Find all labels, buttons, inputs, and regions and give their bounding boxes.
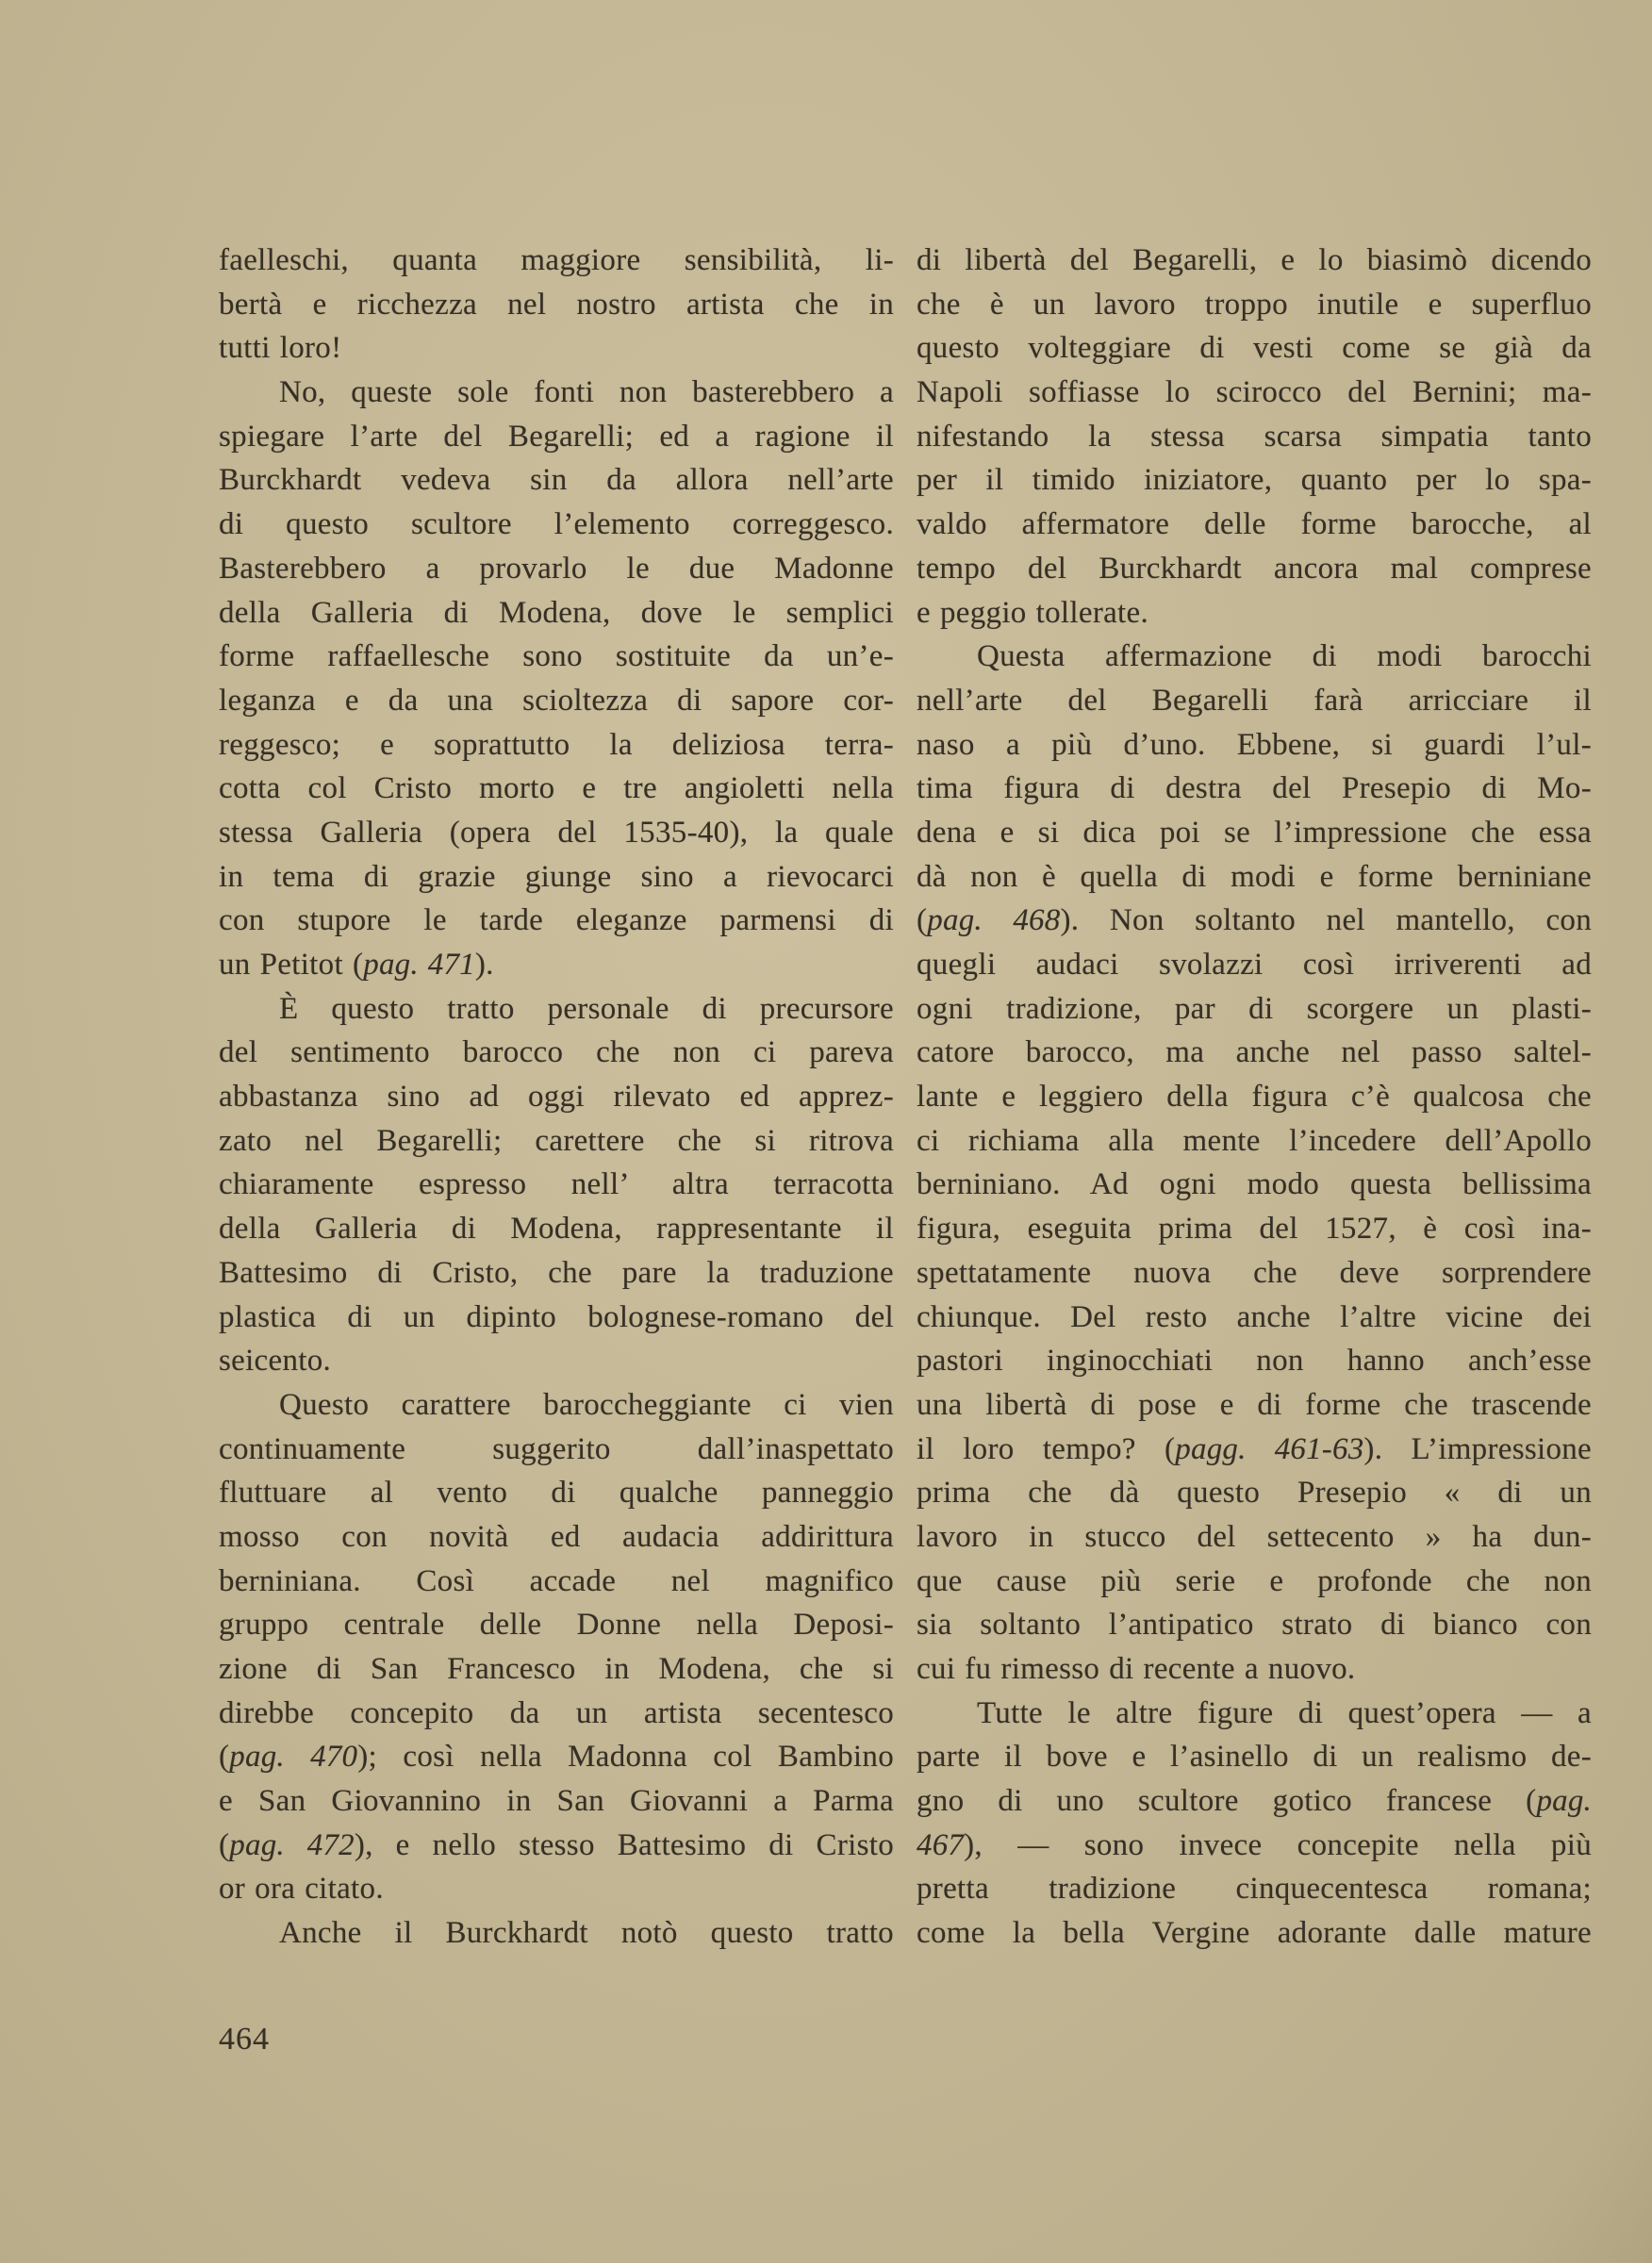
text-line: lante e leggiero della figura c’è qualco…	[917, 1075, 1592, 1119]
text-line: Questo carattere baroccheggiante ci vien	[219, 1383, 894, 1428]
text-line: forme raffaellesche sono sostituite da u…	[219, 635, 894, 679]
text-line: ogni tradizione, par di scorgere un plas…	[917, 987, 1592, 1032]
text-line: naso a più d’uno. Ebbene, si guardi l’ul…	[917, 723, 1592, 768]
text-line: 467), — sono invece concepite nella più	[917, 1824, 1592, 1868]
text-line: il loro tempo? (pagg. 461-63). L’impress…	[917, 1428, 1592, 1472]
text-line: berniniano. Ad ogni modo questa bellissi…	[917, 1163, 1592, 1207]
text-line: di questo scultore l’elemento correggesc…	[219, 503, 894, 547]
text-line: cotta col Cristo morto e tre angioletti …	[219, 767, 894, 811]
text-line: (pag. 468). Non soltanto nel mantello, c…	[917, 899, 1592, 943]
text-line: una libertà di pose e di forme che trasc…	[917, 1383, 1592, 1428]
text-line: dà non è quella di modi e forme berninia…	[917, 855, 1592, 900]
text-line: reggesco; e soprattutto la deliziosa ter…	[219, 723, 894, 768]
text-column-left: faelleschi, quanta maggiore sensibilità,…	[219, 239, 894, 1956]
page-number: 464	[219, 2018, 270, 2061]
text-column-right: di libertà del Begarelli, e lo biasimò d…	[917, 239, 1592, 1956]
text-line: zione di San Francesco in Modena, che si	[219, 1647, 894, 1692]
text-line: prima che dà questo Presepio « di un	[917, 1471, 1592, 1515]
text-line: (pag. 472), e nello stesso Battesimo di …	[219, 1824, 894, 1868]
text-line: spettatamente nuova che deve sorprendere	[917, 1251, 1592, 1296]
text-line: fluttuare al vento di qualche panneggio	[219, 1471, 894, 1515]
text-line: bertà e ricchezza nel nostro artista che…	[219, 283, 894, 327]
text-line: No, queste sole fonti non basterebbero a	[219, 371, 894, 415]
text-line: nell’arte del Begarelli farà arricciare …	[917, 679, 1592, 723]
text-line: continuamente suggerito dall’inaspettato	[219, 1428, 894, 1472]
text-line: nifestando la stessa scarsa simpatia tan…	[917, 415, 1592, 459]
text-line: pastori inginocchiati non hanno anch’ess…	[917, 1339, 1592, 1383]
text-line: Napoli soffiasse lo scirocco del Bernini…	[917, 371, 1592, 415]
text-line: valdo affermatore delle forme barocche, …	[917, 503, 1592, 547]
text-line: Burckhardt vedeva sin da allora nell’art…	[219, 458, 894, 503]
text-line: con stupore le tarde eleganze parmensi d…	[219, 899, 894, 943]
text-line: Basterebbero a provarlo le due Madonne	[219, 547, 894, 591]
text-line: stessa Galleria (opera del 1535-40), la …	[219, 811, 894, 855]
text-line: or ora citato.	[219, 1867, 894, 1911]
text-line: Battesimo di Cristo, che pare la traduzi…	[219, 1251, 894, 1296]
text-line: tempo del Burckhardt ancora mal comprese	[917, 547, 1592, 591]
text-line: questo volteggiare di vesti come se già …	[917, 326, 1592, 371]
text-line: zato nel Begarelli; carettere che si rit…	[219, 1119, 894, 1164]
text-line: per il timido iniziatore, quanto per lo …	[917, 458, 1592, 503]
text-line: spiegare l’arte del Begarelli; ed a ragi…	[219, 415, 894, 459]
text-line: chiaramente espresso nell’ altra terraco…	[219, 1163, 894, 1207]
text-line: della Galleria di Modena, dove le sempli…	[219, 591, 894, 636]
text-line: faelleschi, quanta maggiore sensibilità,…	[219, 239, 894, 283]
text-line: ci richiama alla mente l’incedere dell’A…	[917, 1119, 1592, 1164]
text-line: que cause più serie e profonde che non	[917, 1560, 1592, 1604]
text-line: gruppo centrale delle Donne nella Deposi…	[219, 1603, 894, 1647]
text-line: lavoro in stucco del settecento » ha dun…	[917, 1515, 1592, 1560]
text-line: tutti loro!	[219, 326, 894, 371]
text-line: e San Giovannino in San Giovanni a Parma	[219, 1779, 894, 1824]
text-line: gno di uno scultore gotico francese (pag…	[917, 1779, 1592, 1824]
text-line: mosso con novità ed audacia addirittura	[219, 1515, 894, 1560]
book-page: faelleschi, quanta maggiore sensibilità,…	[0, 0, 1652, 2263]
text-line: come la bella Vergine adorante dalle mat…	[917, 1911, 1592, 1956]
text-line: plastica di un dipinto bolognese-romano …	[219, 1296, 894, 1340]
text-line: chiunque. Del resto anche l’altre vicine…	[917, 1296, 1592, 1340]
text-line: della Galleria di Modena, rappresentante…	[219, 1207, 894, 1251]
text-line: abbastanza sino ad oggi rilevato ed appr…	[219, 1075, 894, 1119]
text-line: e peggio tollerate.	[917, 591, 1592, 636]
text-line: figura, eseguita prima del 1527, è così …	[917, 1207, 1592, 1251]
text-line: dena e si dica poi se l’impressione che …	[917, 811, 1592, 855]
text-line: del sentimento barocco che non ci pareva	[219, 1031, 894, 1075]
text-line: pretta tradizione cinquecentesca romana;	[917, 1867, 1592, 1911]
text-line: quegli audaci svolazzi così irriverenti …	[917, 943, 1592, 987]
text-line: sia soltanto l’antipatico strato di bian…	[917, 1603, 1592, 1647]
text-line: Anche il Burckhardt notò questo tratto	[219, 1911, 894, 1956]
text-line: leganza e da una scioltezza di sapore co…	[219, 679, 894, 723]
text-line: in tema di grazie giunge sino a rievocar…	[219, 855, 894, 900]
text-line: tima figura di destra del Presepio di Mo…	[917, 767, 1592, 811]
text-line: un Petitot (pag. 471).	[219, 943, 894, 987]
text-line: È questo tratto personale di precursore	[219, 987, 894, 1032]
text-line: catore barocco, ma anche nel passo salte…	[917, 1031, 1592, 1075]
text-line: berniniana. Così accade nel magnifico	[219, 1560, 894, 1604]
text-line: Questa affermazione di modi barocchi	[917, 635, 1592, 679]
text-line: direbbe concepito da un artista secentes…	[219, 1692, 894, 1736]
text-line: di libertà del Begarelli, e lo biasimò d…	[917, 239, 1592, 283]
text-line: (pag. 470); così nella Madonna col Bambi…	[219, 1735, 894, 1779]
text-line: cui fu rimesso di recente a nuovo.	[917, 1647, 1592, 1692]
text-line: Tutte le altre figure di quest’opera — a	[917, 1692, 1592, 1736]
text-line: parte il bove e l’asinello di un realism…	[917, 1735, 1592, 1779]
text-line: seicento.	[219, 1339, 894, 1383]
text-line: che è un lavoro troppo inutile e superfl…	[917, 283, 1592, 327]
